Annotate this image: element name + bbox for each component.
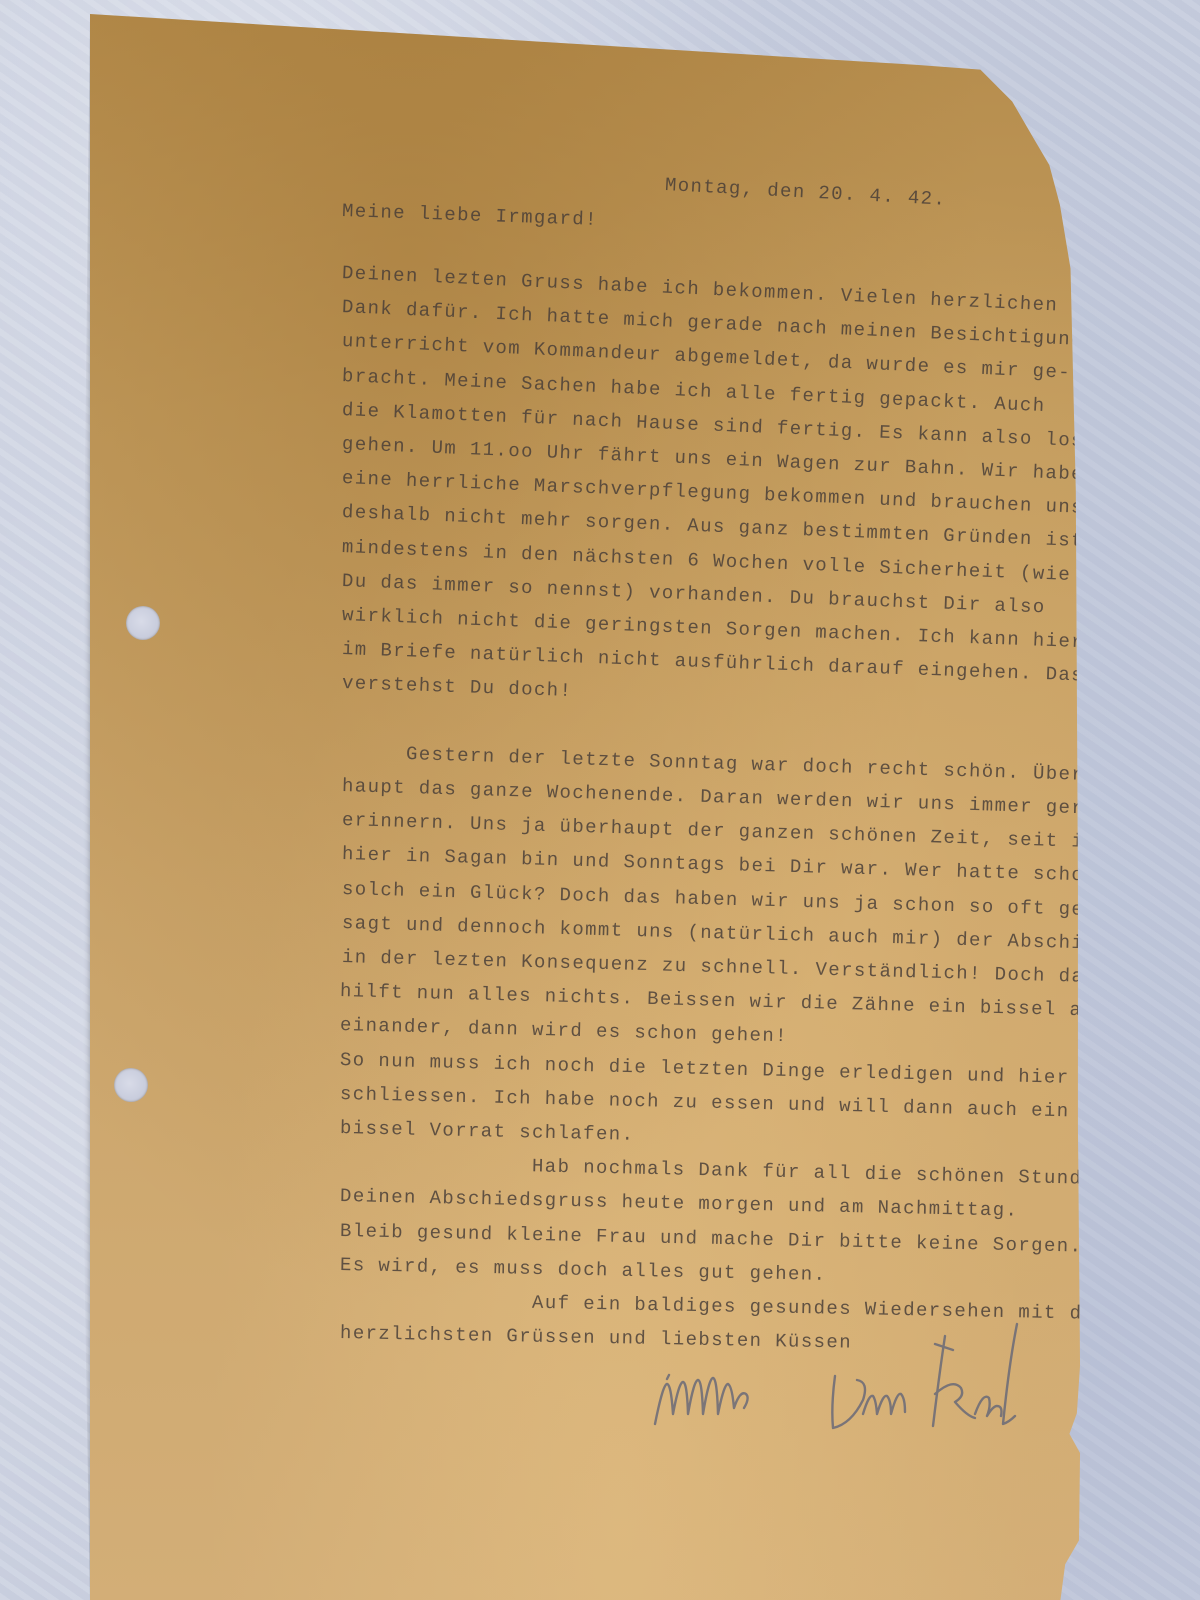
letter-line: schliessen. Ich habe noch zu essen und w…: [340, 1083, 1070, 1122]
letter-line: So nun muss ich noch die letzten Dinge e…: [340, 1049, 1070, 1089]
signature-scribble-icon: [645, 1284, 1065, 1444]
letter-sheet: Montag, den 20. 4. 42. Meine liebe Irmga…: [90, 14, 1150, 1600]
handwritten-signature: immer Dein Karl: [645, 1284, 1065, 1444]
letter-line: Bleib gesund kleine Frau und mache Dir b…: [340, 1220, 1083, 1258]
letter-line: Deinen Abschiedsgruss heute morgen und a…: [340, 1185, 1019, 1222]
letter-line: Hab nochmals Dank für all die schönen St…: [340, 1151, 1172, 1192]
letter-date: Montag, den 20. 4. 42.: [664, 174, 946, 211]
letter-line: einander, dann wird es schon gehen!: [340, 1014, 788, 1047]
letter-line: in der lezten Konsequenz zu schnell. Ver…: [342, 946, 1085, 988]
letter-line: verstehst Du doch!: [342, 672, 573, 702]
letter-line: Es wird, es muss doch alles gut gehen.: [340, 1254, 827, 1286]
letter-body: Montag, den 20. 4. 42. Meine liebe Irmga…: [90, 14, 1150, 1600]
letter-line: bissel Vorrat schlafen.: [340, 1117, 635, 1146]
letter-salutation: Meine liebe Irmgard!: [342, 200, 599, 231]
